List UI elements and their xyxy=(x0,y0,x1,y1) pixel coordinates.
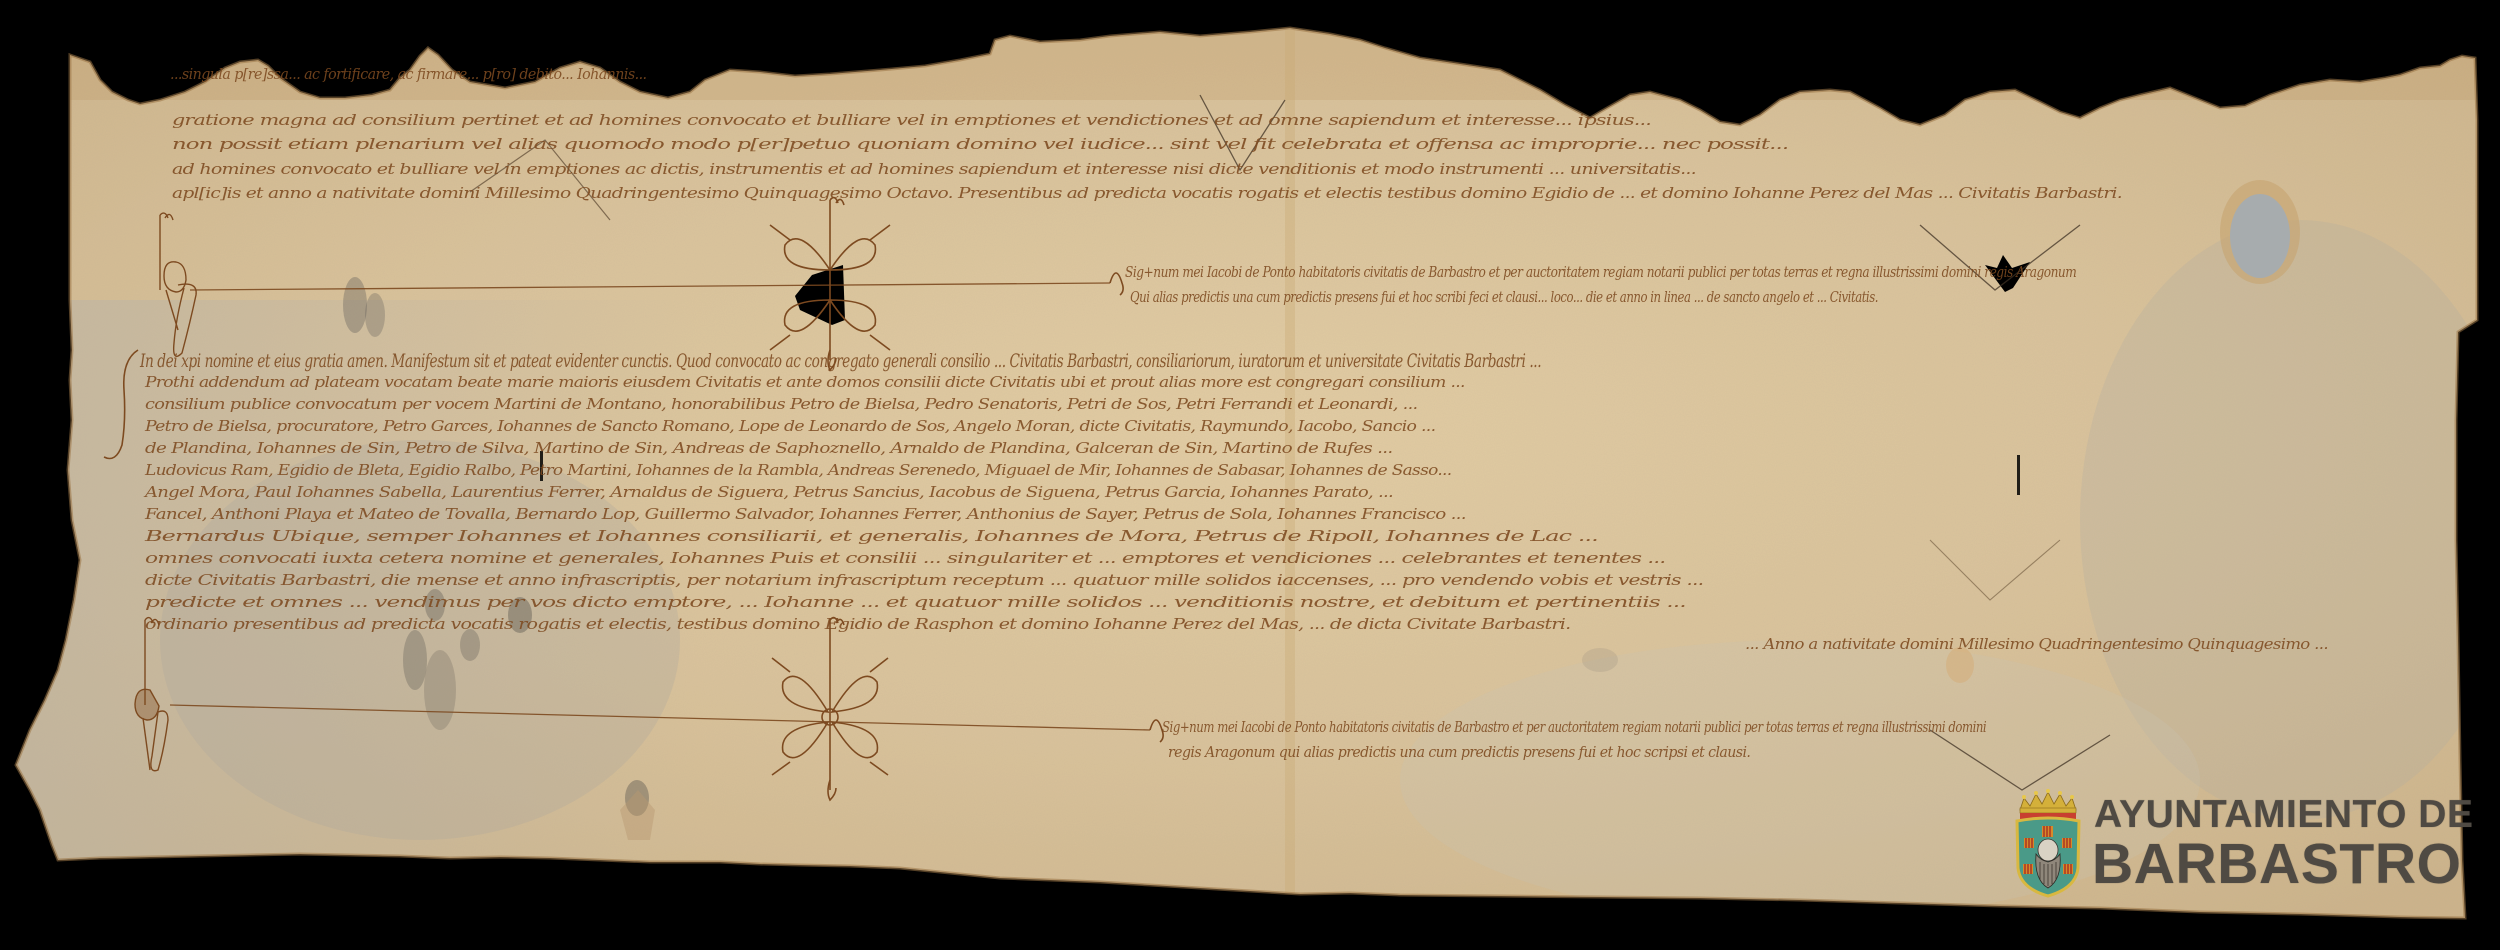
main-text-line: Fancel, Anthoni Playa et Mateo de Tovall… xyxy=(145,507,1466,522)
subscription-line: Sig+num mei Iacobi de Ponto habitatoris … xyxy=(1125,265,2076,280)
main-text-line: de Plandina, Iohannes de Sin, Petro de S… xyxy=(145,441,1392,456)
main-text-line: Bernardus Ubique, semper Iohannes et Ioh… xyxy=(145,529,1598,544)
upper-text-line: gratione magna ad consilium pertinet et … xyxy=(172,113,1651,128)
upper-text-line: ...singula p[re]ssa... ac fortificare, a… xyxy=(170,67,1975,82)
document-viewer: ...singula p[re]ssa... ac fortificare, a… xyxy=(0,0,2500,950)
logo-title-line2: BARBASTRO xyxy=(2092,836,2462,893)
main-text-line: Petro de Bielsa, procuratore, Petro Garc… xyxy=(145,419,1435,434)
main-text-line: In dei xpi nomine et eius gratia amen. M… xyxy=(140,352,1541,371)
main-text-line: ... Anno a nativitate domini Millesimo Q… xyxy=(1745,637,2328,652)
subscription-line: regis Aragonum qui alias predictis una c… xyxy=(1168,745,1750,760)
main-text-line: omnes convocati iuxta cetera nomine et g… xyxy=(145,551,1665,566)
logo-title-line1: AYUNTAMIENTO DE xyxy=(2094,795,2474,834)
main-text-line: Ludovicus Ram, Egidio de Bleta, Egidio R… xyxy=(145,463,1451,478)
coat-of-arms-icon xyxy=(2012,788,2084,900)
main-text-line: Prothi addendum ad plateam vocatam beate… xyxy=(145,375,1465,390)
upper-text-line: non possit etiam plenarium vel alias quo… xyxy=(172,137,1788,152)
upper-text-line: ad homines convocato et bulliare vel in … xyxy=(172,162,1696,177)
main-text-line: consilium publice convocatum per vocem M… xyxy=(145,397,1417,412)
main-text-line: ordinario presentibus ad predicta vocati… xyxy=(145,617,1570,632)
subscription-line: Qui alias predictis una cum predictis pr… xyxy=(1130,290,1878,305)
subscription-line: Sig+num mei Iacobi de Ponto habitatoris … xyxy=(1162,720,1986,735)
upper-text-line: apl[ic]is et anno a nativitate domini Mi… xyxy=(172,186,2122,201)
main-text-line: Angel Mora, Paul Iohannes Sabella, Laure… xyxy=(145,485,1393,500)
main-text-line: predicte et omnes ... vendimus per vos d… xyxy=(145,595,1686,610)
main-text-line: dicte Civitatis Barbastri, die mense et … xyxy=(145,573,1703,588)
